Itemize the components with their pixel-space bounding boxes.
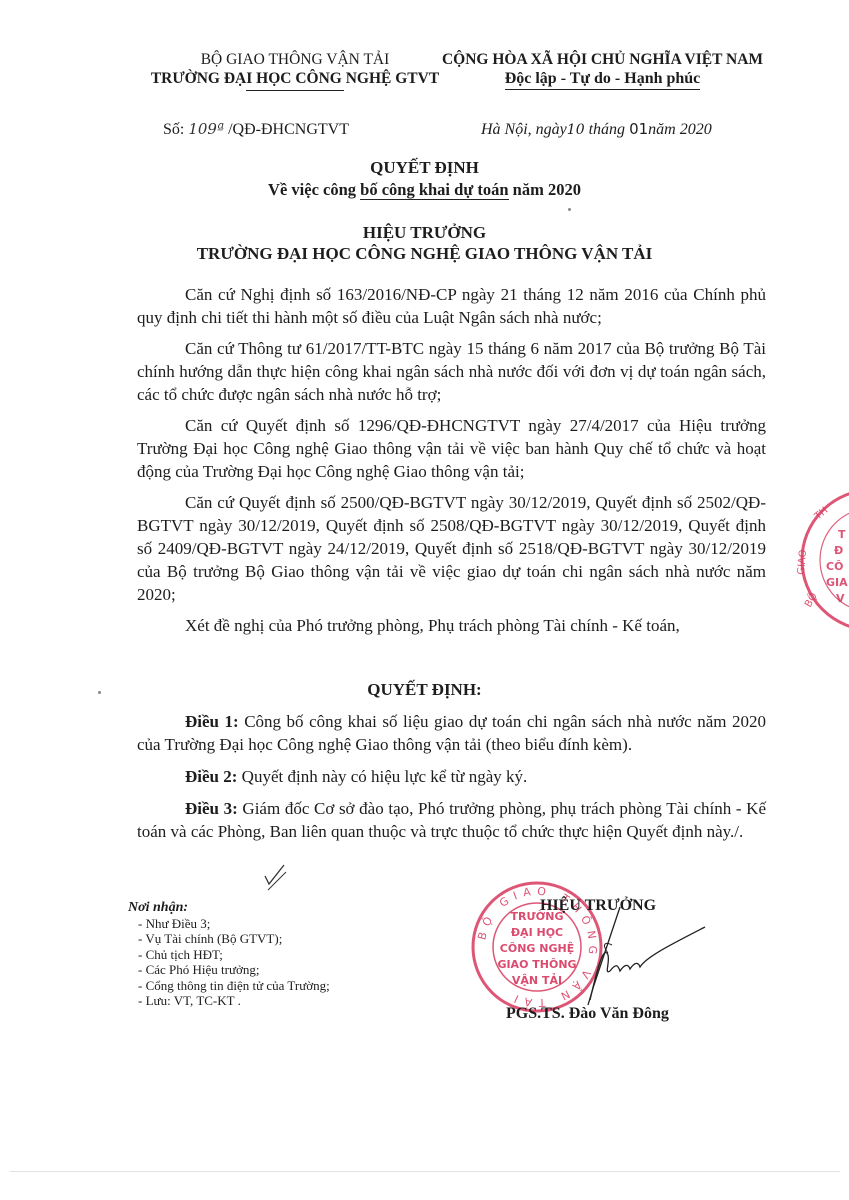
article-2: Điều 2: Quyết định này có hiệu lực kể từ… [137, 765, 766, 788]
initial-check-icon [262, 862, 288, 892]
recipients-heading: Nơi nhận: [128, 900, 330, 916]
svg-text:VẬN TẢI: VẬN TẢI [512, 973, 562, 987]
national-header: CỘNG HÒA XÃ HỘI CHỦ NGHĨA VIỆT NAM Độc l… [430, 50, 775, 90]
signer-name: PGS.TS. Đào Văn Đông [506, 1005, 669, 1023]
svg-text:V: V [836, 592, 845, 605]
national-motto: Độc lập - Tự do - Hạnh phúc [505, 69, 701, 90]
national-title: CỘNG HÒA XÃ HỘI CHỦ NGHĨA VIỆT NAM [430, 50, 775, 69]
recipient-item: - Chủ tịch HĐT; [128, 947, 330, 963]
svg-text:CÔ: CÔ [826, 560, 843, 573]
recipients: Nơi nhận: - Như Điều 3; - Vụ Tài chính (… [128, 900, 330, 1009]
recipient-item: - Vụ Tài chính (Bộ GTVT); [128, 931, 330, 947]
recipient-item: - Các Phó Hiệu trưởng; [128, 962, 330, 978]
header-underline [246, 90, 344, 91]
ministry-name: BỘ GIAO THÔNG VẬN TẢI [150, 50, 440, 69]
authority-title: HIỆU TRƯỞNG [0, 222, 849, 243]
svg-text:GIA: GIA [826, 576, 848, 589]
recipient-item: - Cổng thông tin điện tử của Trường; [128, 978, 330, 994]
scan-edge-line [10, 1171, 840, 1172]
svg-text:ĐẠI HỌC: ĐẠI HỌC [511, 926, 563, 939]
preamble-item: Xét đề nghị của Phó trưởng phòng, Phụ tr… [137, 614, 766, 637]
recipient-item: - Như Điều 3; [128, 916, 330, 932]
svg-text:T: T [838, 528, 846, 541]
article-1: Điều 1: Công bố công khai số liệu giao d… [137, 710, 766, 756]
articles: Điều 1: Công bố công khai số liệu giao d… [137, 710, 766, 852]
svg-text:GIAO: GIAO [796, 549, 809, 575]
preamble-item: Căn cứ Quyết định số 1296/QĐ-ĐHCNGTVT ng… [137, 414, 766, 483]
issuer-header: BỘ GIAO THÔNG VẬN TẢI TRƯỜNG ĐẠI HỌC CÔN… [150, 50, 440, 91]
handwritten-day: 10 [567, 122, 585, 138]
preamble: Căn cứ Nghị định số 163/2016/NĐ-CP ngày … [137, 283, 766, 645]
handwritten-month: 01 [629, 120, 648, 138]
preamble-item: Căn cứ Nghị định số 163/2016/NĐ-CP ngày … [137, 283, 766, 329]
recipient-item: - Lưu: VT, TC-KT . [128, 993, 330, 1009]
svg-text:Đ: Đ [834, 544, 843, 557]
decision-heading: QUYẾT ĐỊNH: [0, 680, 849, 700]
authority-org: TRƯỜNG ĐẠI HỌC CÔNG NGHỆ GIAO THÔNG VẬN … [0, 243, 849, 264]
article-3: Điều 3: Giám đốc Cơ sở đào tạo, Phó trưở… [137, 797, 766, 843]
document-subtitle: Về việc công bố công khai dự toán năm 20… [0, 180, 849, 200]
svg-text:GIAO THÔNG: GIAO THÔNG [497, 958, 576, 971]
authority-block: HIỆU TRƯỞNG TRƯỜNG ĐẠI HỌC CÔNG NGHỆ GIA… [0, 222, 849, 264]
document-number: Số: 109ª /QĐ-ĐHCNGTVT [163, 120, 349, 139]
signer-title: HIỆU TRƯỞNG [540, 897, 656, 915]
svg-text:CÔNG NGHỆ: CÔNG NGHỆ [500, 942, 574, 955]
signature-scribble-icon [580, 905, 710, 1015]
handwritten-number: 109ª [188, 120, 224, 138]
seam-stamp-icon: BỘ GIAO TH T Đ CÔ GIA V [790, 480, 849, 640]
preamble-item: Căn cứ Quyết định số 2500/QĐ-BGTVT ngày … [137, 491, 766, 606]
document-title: QUYẾT ĐỊNH [0, 158, 849, 178]
speck [568, 208, 571, 211]
document-date: Hà Nội, ngày10 tháng 01năm 2020 [481, 120, 712, 139]
preamble-item: Căn cứ Thông tư 61/2017/TT-BTC ngày 15 t… [137, 337, 766, 406]
university-name: TRƯỜNG ĐẠI HỌC CÔNG NGHỆ GTVT [150, 69, 440, 88]
svg-text:BỘ: BỘ [801, 590, 820, 609]
